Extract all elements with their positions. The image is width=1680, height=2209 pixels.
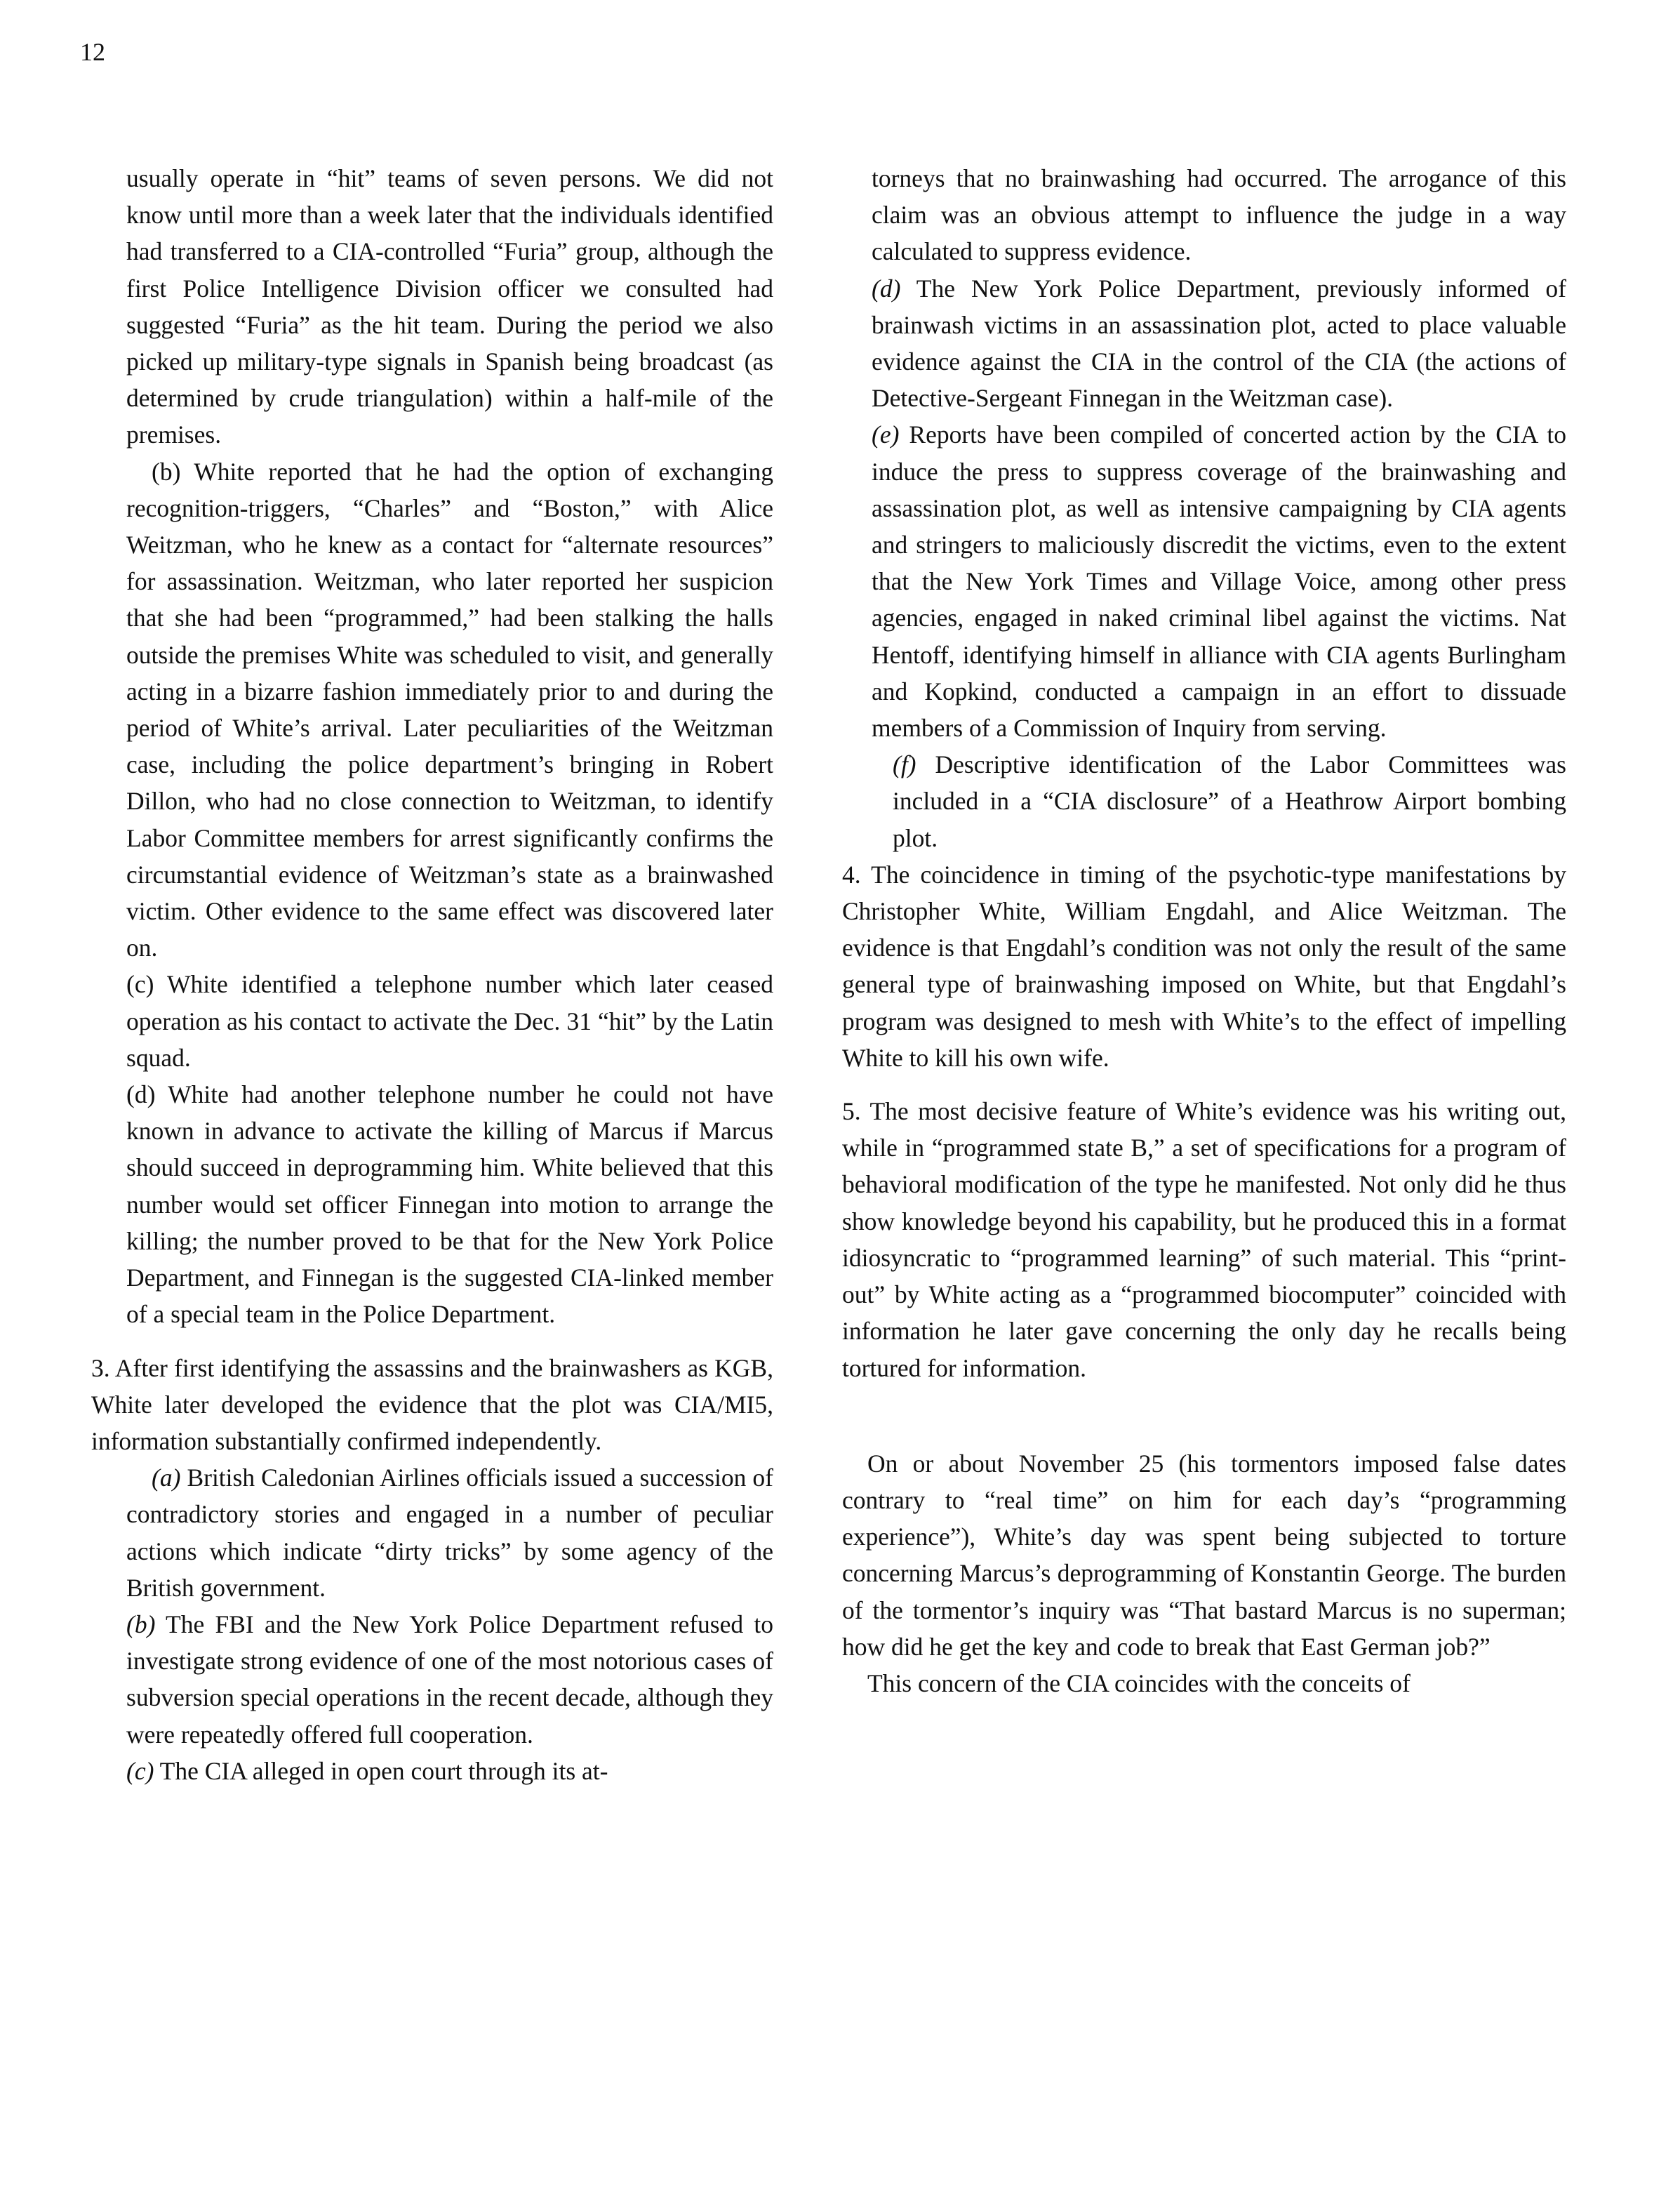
item-label: (a) [152,1464,180,1492]
paragraph-hit-teams: usually operate in “hit” teams of seven … [91,160,773,453]
item-4-timing-coincidence: 4. The coincidence in timing of the psyc… [842,856,1566,1076]
item-3c-cia-court: (c) The CIA alleged in open court throug… [91,1753,773,1789]
item-text: The New York Police Department, previous… [872,274,1566,413]
item-text: White reported that he had the option of… [126,458,773,962]
item-label: (f) [893,750,916,778]
item-text: The FBI and the New York Police Departme… [126,1610,773,1749]
item-label: (c) [126,1757,154,1785]
item-label: (c) [126,970,154,998]
item-label: (d) [872,274,900,303]
item-3-cia-mi5: 3. After first identifying the assassins… [91,1350,773,1460]
right-column: torneys that no brainwashing had occurre… [842,160,1566,1701]
item-3e-press-campaign: (e) Reports have been compiled of concer… [842,416,1566,746]
item-label: (e) [872,420,899,449]
item-text: Descriptive identification of the Labor … [893,750,1566,851]
item-label: (b) [126,1610,155,1638]
paragraph-cia-concern: This concern of the CIA coincides with t… [842,1665,1566,1701]
item-c-telephone-number: (c) White identified a telephone number … [91,966,773,1076]
item-text: British Caledonian Airlines officials is… [126,1464,773,1602]
item-3b-fbi-nypd: (b) The FBI and the New York Police Depa… [91,1606,773,1753]
item-text: White had another telephone number he co… [126,1080,773,1328]
item-label: (b) [152,458,180,486]
paragraph-november-25: On or about November 25 (his tormentors … [842,1445,1566,1665]
item-d-telephone-number: (d) White had another telephone number h… [91,1076,773,1332]
item-b-recognition-triggers: (b) White reported that he had the optio… [91,453,773,967]
item-text: White identified a telephone number whic… [126,970,773,1071]
left-column: usually operate in “hit” teams of seven … [91,160,773,1789]
item-3a-british-caledonian: (a) British Caledonian Airlines official… [91,1459,773,1606]
item-5-decisive-feature: 5. The most decisive feature of White’s … [842,1093,1566,1386]
item-3d-nypd-evidence: (d) The New York Police Department, prev… [842,270,1566,417]
item-text: The CIA alleged in open court through it… [154,1757,608,1785]
item-3f-heathrow-plot: (f) Descriptive identification of the La… [842,746,1566,856]
item-label: (d) [126,1080,155,1108]
item-text: Reports have been compiled of concerted … [872,420,1566,742]
page-number: 12 [80,39,105,65]
item-3c-continued: torneys that no brainwashing had occurre… [842,160,1566,270]
